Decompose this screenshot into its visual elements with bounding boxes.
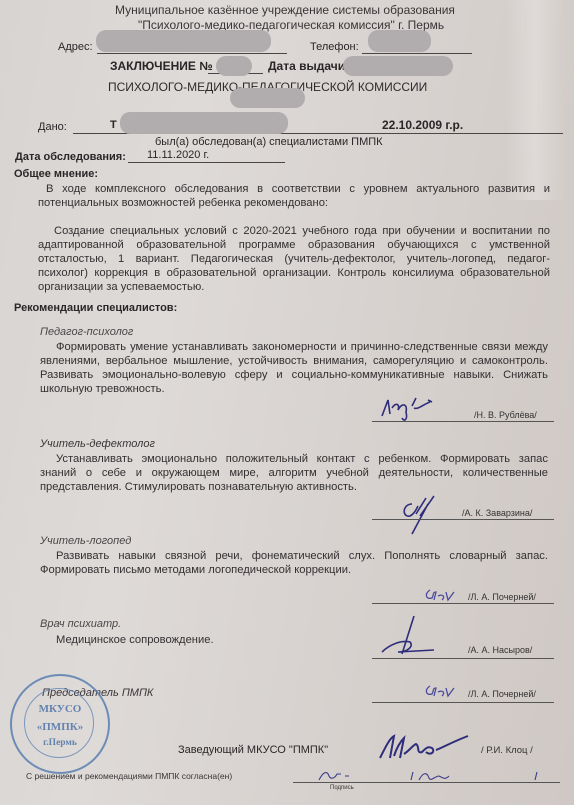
director-label: Заведующий МКУСО "ПМПК" xyxy=(178,744,328,756)
subject-name-redaction xyxy=(120,112,288,134)
official-stamp: МКУСО «ПМПК» г.Пермь xyxy=(10,674,110,774)
signer-chairman: /Л. А. Почерней/ xyxy=(468,689,536,699)
specialist-role-defectologist: Учитель-дефектолог xyxy=(40,438,155,450)
specialist-text-psychologist: Формировать умение устанавливать законом… xyxy=(40,340,548,396)
general-opinion-recommendation: Создание специальных условий с 2020-2021… xyxy=(38,224,550,294)
given-label: Дано: xyxy=(38,121,67,133)
signer-defectologist: /А. К. Заварзина/ xyxy=(462,508,532,518)
specialist-role-speech-therapist: Учитель-логопед xyxy=(40,535,131,547)
phone-field xyxy=(362,53,472,54)
stamp-line-3: г.Пермь xyxy=(12,738,108,748)
specialists-title: Рекомендации специалистов: xyxy=(14,302,177,314)
stamp-line-1: МКУСО xyxy=(12,703,108,715)
address-field xyxy=(97,53,287,54)
issue-date-label: Дата выдачи xyxy=(268,59,345,73)
signature-director xyxy=(376,732,476,762)
institution-name: Муниципальное казённое учреждение систем… xyxy=(115,3,455,17)
signature-speech-therapist xyxy=(424,586,460,604)
examined-text: был(а) обследован(а) специалистами ПМПК xyxy=(155,136,383,148)
consent-text: С решением и рекомендациями ПМПК согласн… xyxy=(26,771,232,781)
signature-line-psychiatrist xyxy=(372,658,554,659)
subtitle-redaction xyxy=(230,88,305,108)
signer-psychiatrist: /А. А. Насыров/ xyxy=(468,645,532,655)
signature-psychologist xyxy=(378,394,448,424)
signature-psychiatrist xyxy=(378,614,438,660)
specialist-text-defectologist: Устанавливать эмоционально положительный… xyxy=(40,452,548,494)
phone-redaction xyxy=(368,30,431,52)
specialist-text-psychiatrist: Медицинское сопровождение. xyxy=(56,633,214,647)
signature-caption: Подпись xyxy=(330,785,354,791)
specialist-role-psychiatrist: Врач психиатр. xyxy=(40,618,121,630)
stamp-line-2: «ПМПК» xyxy=(12,721,108,733)
issue-date-redaction xyxy=(343,56,453,76)
signature-line-speech-therapist xyxy=(372,603,554,604)
exam-date-field xyxy=(128,162,285,163)
phone-label: Телефон: xyxy=(310,41,359,53)
signature-defectologist xyxy=(398,494,448,536)
conclusion-number-redaction xyxy=(216,56,252,76)
exam-date-label: Дата обследования: xyxy=(15,151,126,163)
exam-date-value: 11.11.2020 г. xyxy=(147,149,209,161)
signer-psychologist: /Н. В. Рублёва/ xyxy=(474,410,537,420)
conclusion-label: ЗАКЛЮЧЕНИЕ № xyxy=(110,59,213,73)
document-page: Муниципальное казённое учреждение систем… xyxy=(0,0,574,805)
subject-initial: Т xyxy=(110,119,117,131)
general-opinion-intro: В ходе комплексного обследования в соотв… xyxy=(38,182,550,210)
address-label: Адрес: xyxy=(58,41,93,53)
signer-speech-therapist: /Л. А. Почерней/ xyxy=(468,592,536,602)
specialist-text-speech-therapist: Развивать навыки связной речи, фонематич… xyxy=(40,549,548,577)
address-redaction xyxy=(96,30,271,52)
signature-line-psychologist xyxy=(372,421,554,422)
paper-fold-shadow xyxy=(505,0,565,200)
signature-line-defectologist xyxy=(372,519,554,520)
signature-chairman xyxy=(424,682,460,700)
specialist-role-psychologist: Педагог-психолог xyxy=(40,326,133,338)
birth-date: 22.10.2009 г.р. xyxy=(382,118,463,132)
signer-director: / Р.И. Клоц / xyxy=(481,745,533,756)
signature-line-chairman xyxy=(372,702,554,703)
general-opinion-title: Общее мнение: xyxy=(14,168,98,180)
